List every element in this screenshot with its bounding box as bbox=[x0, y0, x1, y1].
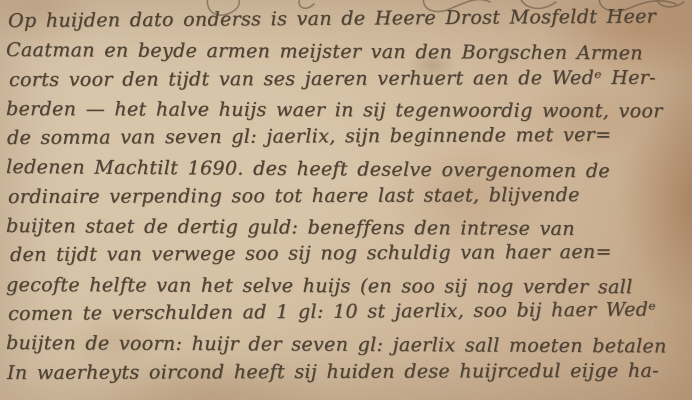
manuscript-line-13: In waerheyts oircond heeft sij huiden de… bbox=[7, 356, 690, 388]
manuscript-page: Op huijden dato onderss is van de Heere … bbox=[0, 0, 692, 400]
manuscript-line-11: comen te verschulden ad 1 gl: 10 st jaer… bbox=[8, 295, 690, 329]
manuscript-text: Op huijden dato onderss is van de Heere … bbox=[0, 0, 692, 400]
manuscript-line-7: ordinaire verpending soo tot haere last … bbox=[8, 180, 690, 212]
manuscript-line-1: Op huijden dato onderss is van de Heere … bbox=[8, 2, 690, 36]
manuscript-line-3: corts voor den tijdt van ses jaeren verh… bbox=[9, 63, 690, 95]
manuscript-line-9: den tijdt van verwege soo sij nog schuld… bbox=[10, 238, 690, 271]
manuscript-line-5: de somma van seven gl: jaerlix, sijn beg… bbox=[7, 121, 690, 154]
